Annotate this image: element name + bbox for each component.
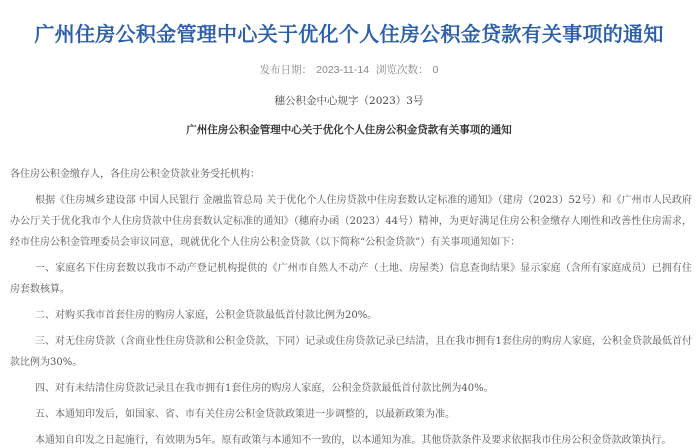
document-number: 穗公积金中心规字（2023）3号 xyxy=(0,93,698,108)
document-subtitle: 广州住房公积金管理中心关于优化个人住房公积金贷款有关事项的通知 xyxy=(0,122,698,137)
salutation: 各住房公积金缴存人，各住房公积金贷款业务受托机构： xyxy=(10,164,692,185)
paragraph-item-3: 三、对无住房贷款（含商业性住房贷款和公积金贷款，下同）记录或住房贷款记录已结清，… xyxy=(10,331,692,373)
document-body: 各住房公积金缴存人，各住房公积金贷款业务受托机构： 根据《住房城乡建设部 中国人… xyxy=(10,164,692,448)
views-count: 0 xyxy=(433,64,439,76)
paragraph-item-4: 四、对有未结清住房贷款记录且在我市拥有1套住房的购房人家庭，公积金贷款最低首付款… xyxy=(10,378,692,399)
paragraph-item-1: 一、家庭名下住房套数以我市不动产登记机构提供的《广州市自然人不动产（土地、房屋类… xyxy=(10,258,692,300)
paragraph-effective: 本通知自印发之日起施行，有效期为5年。原有政策与本通知不一致的，以本通知为准。其… xyxy=(10,430,692,448)
paragraph-intro: 根据《住房城乡建设部 中国人民银行 金融监管总局 关于优化个人住房贷款中住房套数… xyxy=(10,190,692,253)
paragraph-item-5: 五、本通知印发后，如国家、省、市有关住房公积金贷款政策进一步调整的，以最新政策为… xyxy=(10,404,692,425)
publish-date-label: 发布日期： xyxy=(260,64,313,76)
publish-date: 2023-11-14 xyxy=(316,64,369,76)
publish-meta: 发布日期：2023-11-14 浏览次数：0 xyxy=(0,62,698,77)
paragraph-item-2: 二、对购买我市首套住房的购房人家庭，公积金贷款最低首付款比例为20%。 xyxy=(10,305,692,326)
page-title: 广州住房公积金管理中心关于优化个人住房公积金贷款有关事项的通知 xyxy=(0,18,698,47)
views-label: 浏览次数： xyxy=(376,64,429,76)
